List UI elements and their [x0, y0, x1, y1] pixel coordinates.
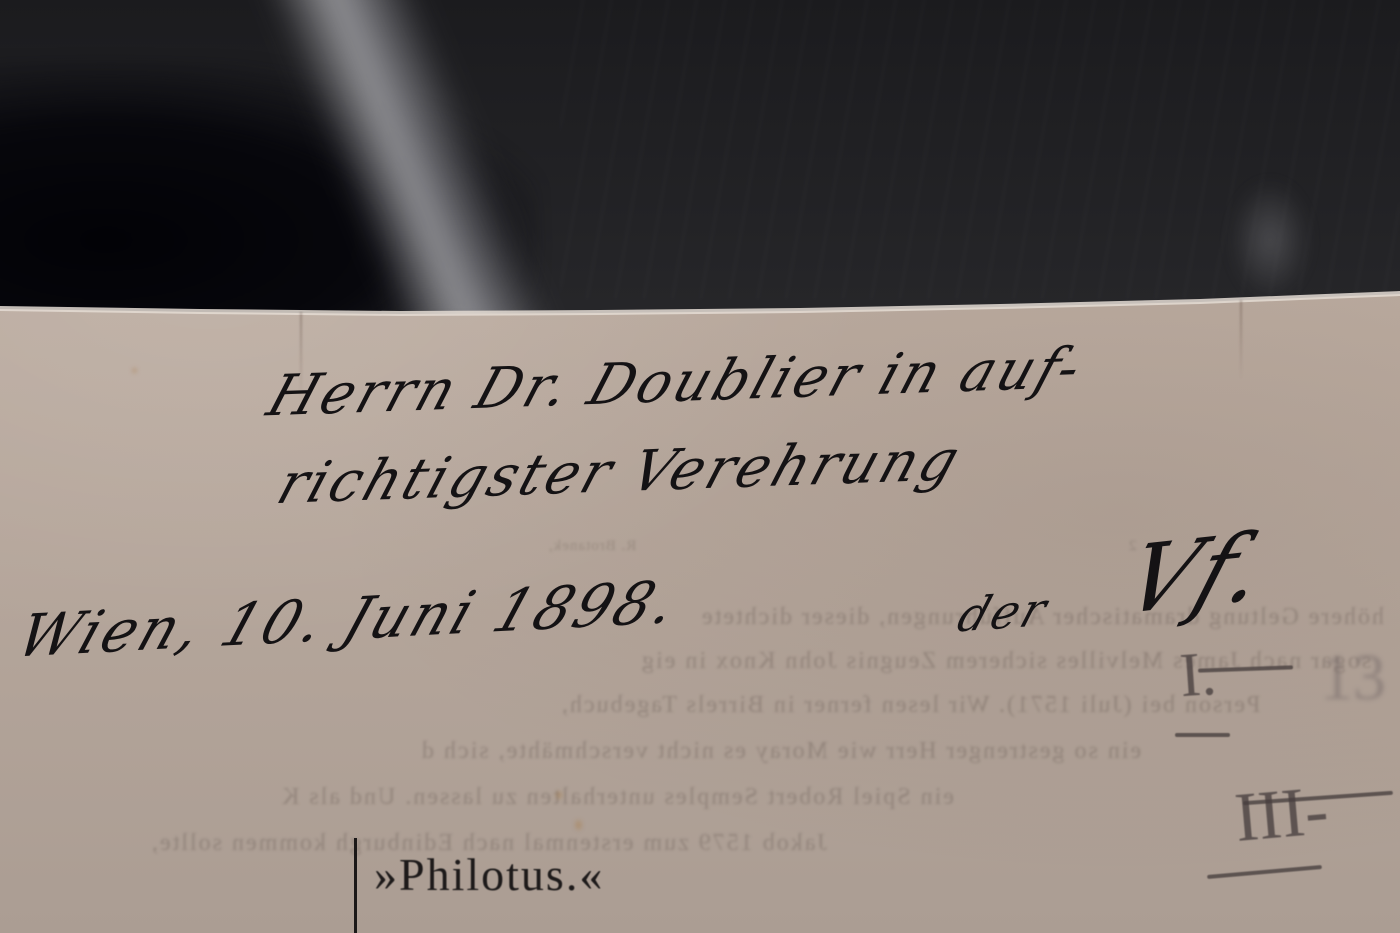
bleed-line: ein Spiel Robert Semples unterhalten zu … — [280, 784, 954, 811]
bleed-line: Person bei (Juli 1571). Wir lesen ferner… — [560, 692, 1260, 719]
printed-heading: »Philotus.« — [374, 848, 604, 901]
paper-stain — [556, 791, 562, 799]
background-glow — [1230, 180, 1310, 300]
bleed-line: sogar nach James Melvilles sicherem Zeug… — [640, 648, 1371, 675]
bleed-page-number: 2 — [1128, 538, 1137, 555]
printed-vertical-rule — [354, 838, 357, 933]
pencil-note-faint: 13 — [1320, 640, 1386, 716]
pencil-note-roman-one: I. — [1178, 639, 1219, 712]
bleed-running-header: R. Brotanek, — [548, 538, 636, 555]
paper-crease — [1240, 300, 1242, 380]
bleed-line: ein so gestrenger Herr wie Moray es nich… — [420, 738, 1141, 765]
paper-stain — [132, 368, 137, 373]
paper-stain — [575, 820, 582, 830]
pencil-note-roman-three: III- — [1232, 771, 1332, 859]
document-photo: R. Brotanek, 2 höhere Geltung dramatisch… — [0, 0, 1400, 933]
pencil-underline — [1175, 733, 1230, 737]
